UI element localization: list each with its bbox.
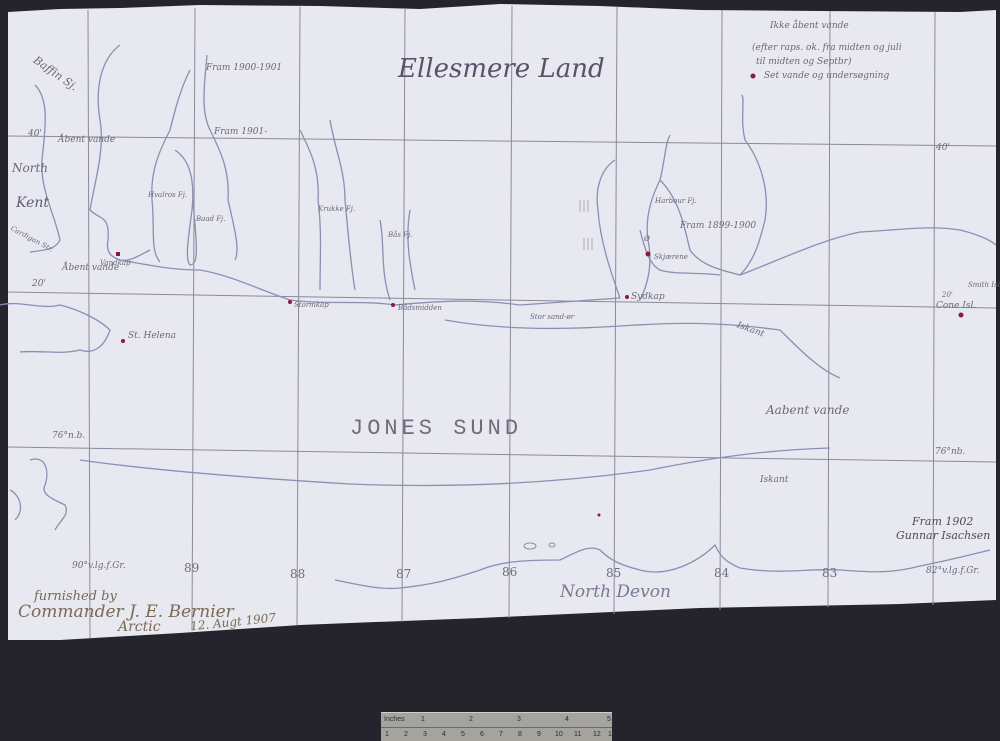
ruler-cm-13: 1 xyxy=(608,731,612,738)
place-cone-isl: Cone Isl. xyxy=(936,302,976,311)
place-oe: Ø xyxy=(644,236,650,243)
ruler-cm-3: 3 xyxy=(423,731,427,738)
lat-label-40-west: 40' xyxy=(28,130,42,139)
sea-label-jones-sund: JONES SUND xyxy=(350,418,522,440)
station-marker-baadsmidden xyxy=(391,303,395,307)
water-note-aabent-vande-1: Åbent vande xyxy=(58,136,115,145)
region-title-ellesmere-land: Ellesmere Land xyxy=(398,56,605,82)
place-skjaerene: Skjærene xyxy=(654,254,688,261)
ruler-cm-6: 6 xyxy=(480,731,484,738)
place-krukke-fj: Krukke Fj. xyxy=(318,206,355,213)
ruler-cm-8: 8 xyxy=(518,731,522,738)
lon-label-89: 89 xyxy=(184,562,199,574)
ruler-cm-11: 11 xyxy=(574,731,581,738)
water-note-iskant-1: Iskant xyxy=(760,476,788,485)
place-smith-isl: Smith Isl. xyxy=(968,282,1000,289)
station-marker-vandkap xyxy=(116,252,120,256)
note-gunnar-isachsen: Gunnar Isachsen xyxy=(896,530,990,541)
ruler-inch-2: 2 xyxy=(469,716,473,723)
ruler-cm-12: 12 xyxy=(593,731,601,738)
place-stor-sandor: Stor sand-ør xyxy=(530,314,574,321)
ruler-inch-3: 3 xyxy=(517,716,521,723)
lat-label-76-east: 76°nb. xyxy=(935,448,965,457)
place-fram-1899-1900: Fram 1899-1900 xyxy=(680,222,756,231)
lon-label-88: 88 xyxy=(290,568,305,580)
region-label-north: North xyxy=(12,162,48,174)
lon-label-86: 86 xyxy=(502,566,517,578)
map-sheet: Ellesmere Land JONES SUND North Devon No… xyxy=(0,0,1000,741)
place-fram-1900-1901: Fram 1900-1901 xyxy=(206,64,282,73)
place-baas-fj: Bås Fj. xyxy=(388,232,412,239)
ruler-cm-2: 2 xyxy=(404,731,408,738)
ruler-inch-1: 1 xyxy=(421,716,425,723)
ruler-cm-9: 9 xyxy=(537,731,541,738)
ruler-cm-10: 10 xyxy=(555,731,563,738)
scale-ruler: Inches 1 2 3 4 5 1 2 3 4 5 6 7 8 9 10 11… xyxy=(381,712,612,741)
ruler-inch-5: 5 xyxy=(607,716,611,723)
station-marker-cone-isl xyxy=(959,313,964,318)
lat-label-20-east: 20' xyxy=(942,292,953,299)
water-note-aabent-vande-2: Åbent vande xyxy=(62,264,119,273)
paper xyxy=(8,4,996,640)
legend-line-2: (efter raps. ok. fra midten og juli xyxy=(752,44,902,53)
place-baadsmidden: Bådsmidden xyxy=(398,305,442,312)
water-note-aabent-vande-3: Aabent vande xyxy=(766,404,849,416)
lon-label-83: 83 xyxy=(822,567,837,579)
place-stormkap: Stormkap xyxy=(294,302,329,309)
station-marker-skjaerene xyxy=(646,252,651,257)
legend-dot xyxy=(751,74,756,79)
lat-label-20-west: 20' xyxy=(32,280,46,289)
signature-line-3: Arctic xyxy=(118,620,161,634)
place-fram-1901: Fram 1901- xyxy=(214,128,267,137)
place-hvalros-fj: Hvalros Fj. xyxy=(148,192,187,199)
station-marker-st-helena xyxy=(121,339,125,343)
place-sydkap: Sydkap xyxy=(631,293,665,302)
station-marker-stormkap xyxy=(288,300,292,304)
place-st-helena: St. Helena xyxy=(128,332,176,341)
ruler-cm-1: 1 xyxy=(385,731,389,738)
ruler-cm-7: 7 xyxy=(499,731,503,738)
ruler-units-label: Inches xyxy=(384,716,405,723)
place-baad-fj: Baad Fj. xyxy=(196,216,225,223)
ruler-inches-row: Inches 1 2 3 4 5 xyxy=(381,713,612,728)
legend-line-3: til midten og Septbr) xyxy=(756,58,852,67)
ruler-cm-row: 1 2 3 4 5 6 7 8 9 10 11 12 1 xyxy=(381,728,612,741)
lon-label-85: 85 xyxy=(606,567,621,579)
station-marker-sydkap xyxy=(625,295,629,299)
lat-label-76-west: 76°n.b. xyxy=(52,432,85,441)
legend-line-1: Ikke åbent vande xyxy=(770,22,849,31)
place-harbour-fj: Harbour Fj. xyxy=(655,198,697,205)
region-label-kent: Kent xyxy=(16,196,49,210)
region-label-north-devon: North Devon xyxy=(560,584,671,601)
lon-label-87: 87 xyxy=(396,568,411,580)
ruler-cm-4: 4 xyxy=(442,731,446,738)
lat-label-40-east: 40' xyxy=(936,144,950,153)
lon-label-84: 84 xyxy=(714,567,729,579)
lon-label-82: 82°v.lg.f.Gr. xyxy=(926,567,980,576)
legend-line-4: Set vande og undersøgning xyxy=(764,72,889,81)
ruler-inch-4: 4 xyxy=(565,716,569,723)
note-fram-1902: Fram 1902 xyxy=(912,516,973,527)
ruler-cm-5: 5 xyxy=(461,731,465,738)
lon-label-90: 90°v.lg.f.Gr. xyxy=(72,562,126,571)
